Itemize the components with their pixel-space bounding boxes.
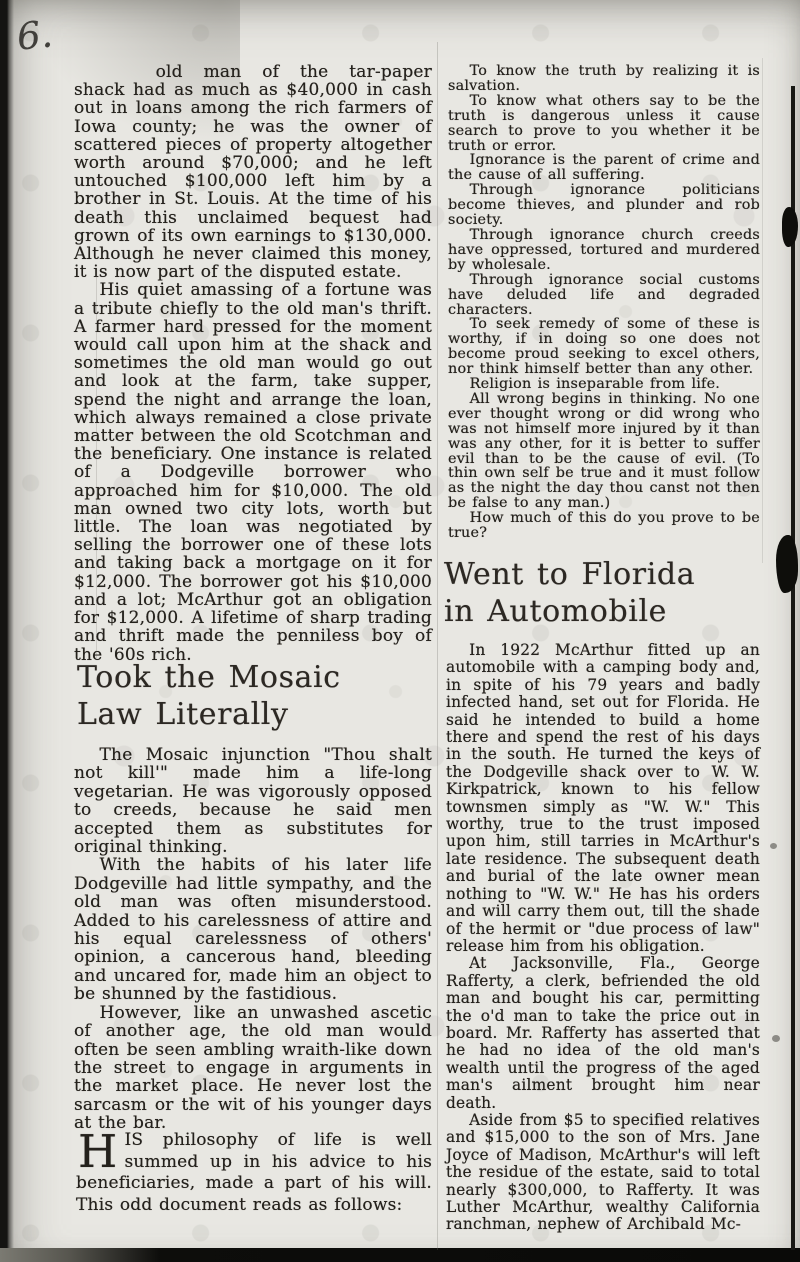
headline-line-2: in Automobile	[444, 593, 695, 630]
left-column-lower: The Mosaic injunction "Thou shalt not ki…	[74, 746, 432, 1133]
paragraph-philosophy: HIS philosophy of life is well summed up…	[76, 1130, 432, 1216]
maxim-politicians: Through ignorance politicians become thi…	[448, 183, 760, 228]
paragraph-jacksonville-rafferty: At Jacksonville, Fla., George Rafferty, …	[446, 955, 760, 1112]
maxim-seek-remedy: To seek remedy of some of these is worth…	[448, 317, 760, 377]
maxim-religion: Religion is inseparable from life.	[448, 377, 760, 392]
paragraph-estate-fortune: old man of the tar-paper shack had as mu…	[74, 63, 432, 281]
headline-went-to-florida: Went to Florida in Automobile	[444, 556, 695, 630]
maxim-how-much: How much of this do you prove to be true…	[448, 511, 760, 541]
maxim-ignorance-parent: Ignorance is the parent of crime and the…	[448, 153, 760, 183]
headline-line-1: Went to Florida	[444, 556, 695, 593]
scan-edge-left-shadow	[0, 0, 14, 1262]
right-column-maxims: To know the truth by realizing it is sal…	[448, 64, 760, 541]
paragraph-will-residue: Aside from $5 to specified relatives and…	[446, 1112, 760, 1234]
left-margin-crease	[96, 268, 97, 658]
ink-blob-upper	[782, 207, 798, 247]
handwritten-page-number: 6.	[15, 12, 55, 58]
ink-speck-1	[770, 843, 777, 849]
headline-line-2: Law Literally	[77, 696, 341, 733]
maxim-truth-dangerous: To know what others say to be the truth …	[448, 94, 760, 154]
column-divider-crease	[437, 42, 438, 1250]
paragraph-mosaic-injunction: The Mosaic injunction "Thou shalt not ki…	[74, 746, 432, 856]
scan-ink-line-right	[791, 86, 795, 1250]
scan-edge-bottom-bar	[0, 1248, 800, 1262]
ink-blob-lower	[776, 535, 798, 593]
headline-took-the-mosaic: Took the Mosaic Law Literally	[77, 659, 341, 733]
headline-line-1: Took the Mosaic	[77, 659, 341, 696]
maxim-social-customs: Through ignorance social customs have de…	[448, 273, 760, 318]
right-margin-crease	[762, 58, 763, 563]
dropcap-letter-h: H	[76, 1130, 124, 1171]
left-column-dropcap-paragraph: HIS philosophy of life is well summed up…	[76, 1130, 432, 1216]
paragraph-habits: With the habits of his later life Dodgev…	[74, 856, 432, 1003]
ink-speck-2	[772, 1035, 780, 1042]
right-column-lower: In 1922 McArthur fitted up an automobile…	[446, 642, 760, 1234]
paragraph-1922-automobile: In 1922 McArthur fitted up an automobile…	[446, 642, 760, 955]
paragraph-however-ascetic: However, like an unwashed ascetic of ano…	[74, 1004, 432, 1133]
paragraph-philosophy-text: IS philosophy of life is well summed up …	[76, 1130, 432, 1215]
maxim-church-creeds: Through ignorance church creeds have opp…	[448, 228, 760, 273]
left-column-upper: old man of the tar-paper shack had as mu…	[74, 63, 432, 664]
maxim-salvation: To know the truth by realizing it is sal…	[448, 64, 760, 94]
newspaper-clipping-page: 6. old man of the tar-paper shack had as…	[0, 0, 800, 1262]
paragraph-quiet-amassing: His quiet amassing of a fortune was a tr…	[74, 281, 432, 663]
maxim-all-wrong: All wrong begins in thinking. No one eve…	[448, 392, 760, 511]
